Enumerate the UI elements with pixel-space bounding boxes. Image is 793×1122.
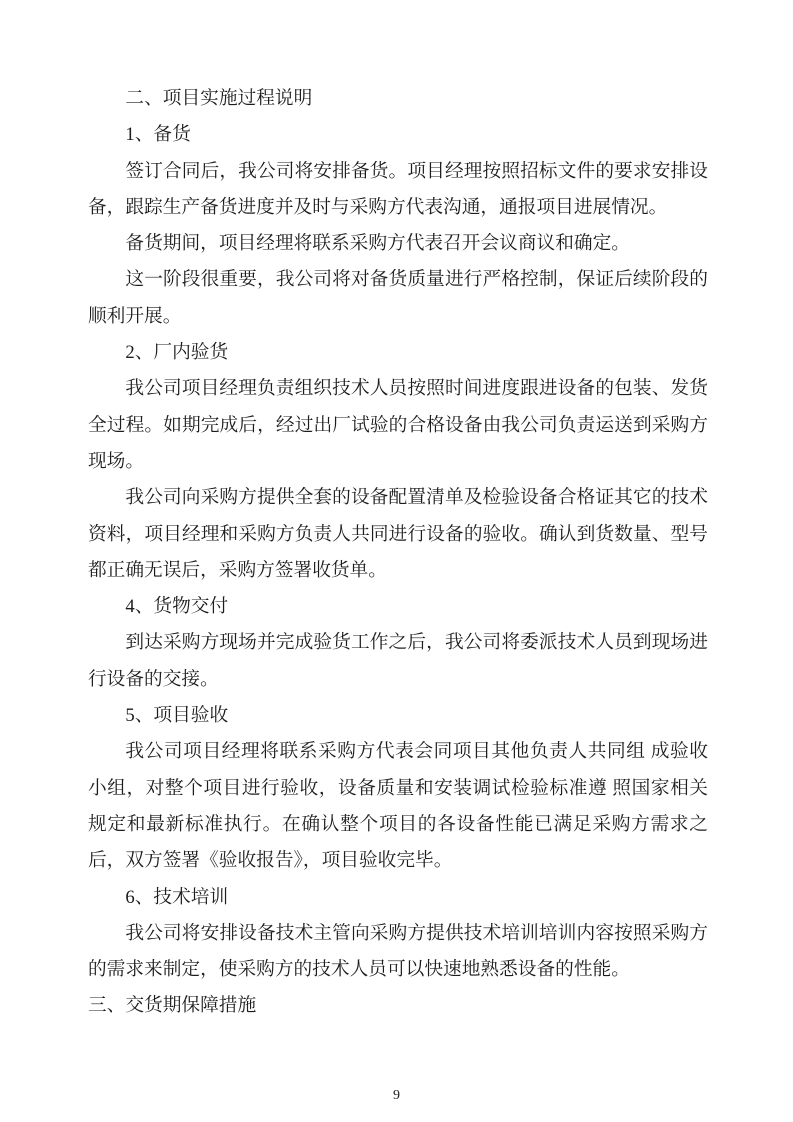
step-heading-2: 2、厂内验货 xyxy=(88,335,708,371)
body-paragraph: 备货期间，项目经理将联系采购方代表召开会议商议和确定。 xyxy=(88,226,708,262)
page-footer: 9 xyxy=(0,1086,793,1105)
body-paragraph: 到达采购方现场并完成验货工作之后，我公司将委派技术人员到现场进行设备的交接。 xyxy=(88,625,708,698)
body-paragraph: 我公司向采购方提供全套的设备配置清单及检验设备合格证其它的技术资料，项目经理和采… xyxy=(88,480,708,589)
section-heading-3: 三、交货期保障措施 xyxy=(88,988,708,1024)
document-page: 二、项目实施过程说明 1、备货 签订合同后，我公司将安排备货。项目经理按照招标文… xyxy=(0,0,793,1122)
body-paragraph: 我公司将安排设备技术主管向采购方提供技术培训培训内容按照采购方的需求来制定，使采… xyxy=(88,916,708,989)
step-heading-4: 4、货物交付 xyxy=(88,589,708,625)
section-heading-2: 二、项目实施过程说明 xyxy=(88,81,708,117)
step-heading-6: 6、技术培训 xyxy=(88,880,708,916)
step-heading-5: 5、项目验收 xyxy=(88,698,708,734)
document-content: 二、项目实施过程说明 1、备货 签订合同后，我公司将安排备货。项目经理按照招标文… xyxy=(88,81,708,1025)
body-paragraph: 这一阶段很重要，我公司将对备货质量进行严格控制，保证后续阶段的顺利开展。 xyxy=(88,262,708,335)
body-paragraph: 我公司项目经理将联系采购方代表会同项目其他负责人共同组 成验收小组，对整个项目进… xyxy=(88,734,708,879)
page-number: 9 xyxy=(393,1088,400,1103)
body-paragraph: 签订合同后，我公司将安排备货。项目经理按照招标文件的要求安排设备，跟踪生产备货进… xyxy=(88,154,708,227)
step-heading-1: 1、备货 xyxy=(88,117,708,153)
body-paragraph: 我公司项目经理负责组织技术人员按照时间进度跟进设备的包装、发货全过程。如期完成后… xyxy=(88,371,708,480)
